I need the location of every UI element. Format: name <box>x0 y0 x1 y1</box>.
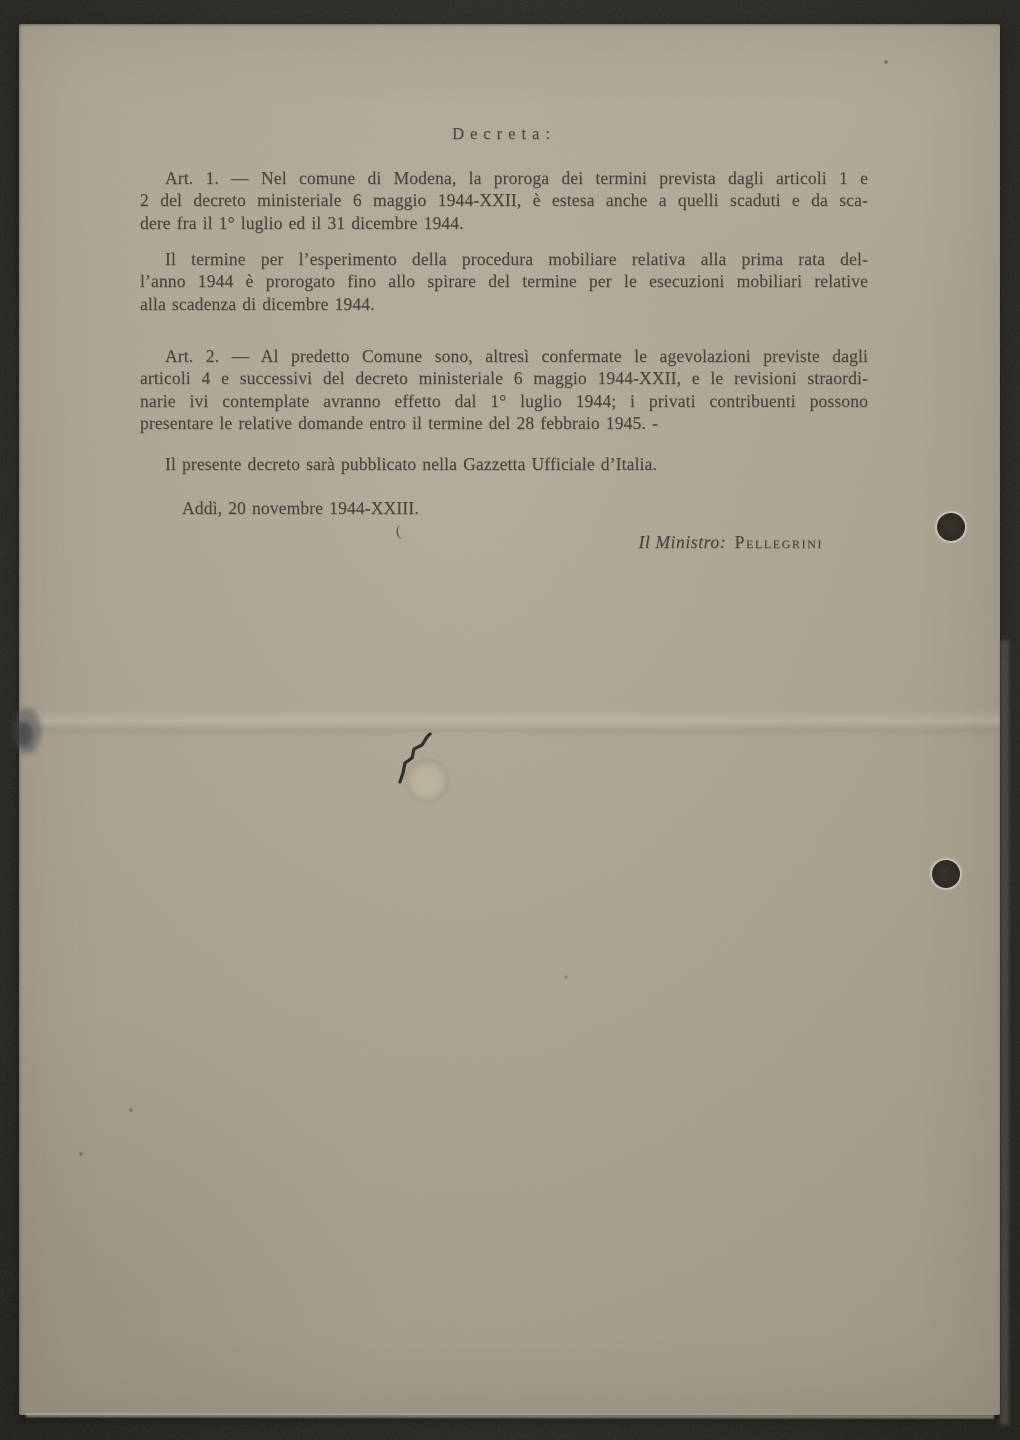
minister-role: Il Ministro <box>638 532 719 552</box>
scan-background: Decreta: Art. 1. — Nel comune di Modena,… <box>0 0 1020 1440</box>
signature-colon: : <box>720 532 726 552</box>
minister-name: Pellegrini <box>735 532 823 552</box>
fold-crease <box>19 710 1000 738</box>
text-line: Art. 2. — Al predetto Comune sono, altre… <box>140 345 868 367</box>
publication-paragraph: Il presente decreto sarà pubblicato nell… <box>140 453 868 475</box>
text-line: Art. 1. — Nel comune di Modena, la proro… <box>140 167 868 189</box>
decree-heading: Decreta: <box>140 124 868 144</box>
text-line: dere fra il 1° luglio ed il 31 dicembre … <box>140 212 868 234</box>
text-line: narie ivi contemplate avranno effetto da… <box>140 390 868 412</box>
text-line: l’anno 1944 è prorogato fino allo spirar… <box>140 270 868 292</box>
punch-hole-top <box>937 513 965 541</box>
ink-stain <box>403 757 451 805</box>
article-1-paragraph: Art. 1. — Nel comune di Modena, la proro… <box>140 167 868 234</box>
text-line: Addì, 20 novembre 1944-XXIII. <box>140 497 868 519</box>
stray-pen-mark: ( <box>395 524 402 542</box>
page-edge-highlight-right <box>1000 640 1009 1425</box>
text-line: articoli 4 e successivi del decreto mini… <box>140 367 868 389</box>
date-paragraph: Addì, 20 novembre 1944-XXIII. <box>140 497 868 519</box>
text-line: presentare le relative domande entro il … <box>140 412 868 434</box>
text-line: 2 del decreto ministeriale 6 maggio 1944… <box>140 189 868 211</box>
text-line: alla scadenza di dicembre 1944. <box>140 293 868 315</box>
page-edge-highlight-bottom <box>26 1413 994 1418</box>
article-2-paragraph: Art. 2. — Al predetto Comune sono, altre… <box>140 345 868 435</box>
text-line: Il termine per l’esperimento della proce… <box>140 248 868 270</box>
article-1-second-paragraph: Il termine per l’esperimento della proce… <box>140 248 868 315</box>
document-page: Decreta: Art. 1. — Nel comune di Modena,… <box>19 24 1000 1415</box>
text-line: Il presente decreto sarà pubblicato nell… <box>140 453 868 475</box>
signature-line: Il Ministro:Pellegrini <box>638 532 823 553</box>
punch-hole-bottom <box>932 860 960 888</box>
